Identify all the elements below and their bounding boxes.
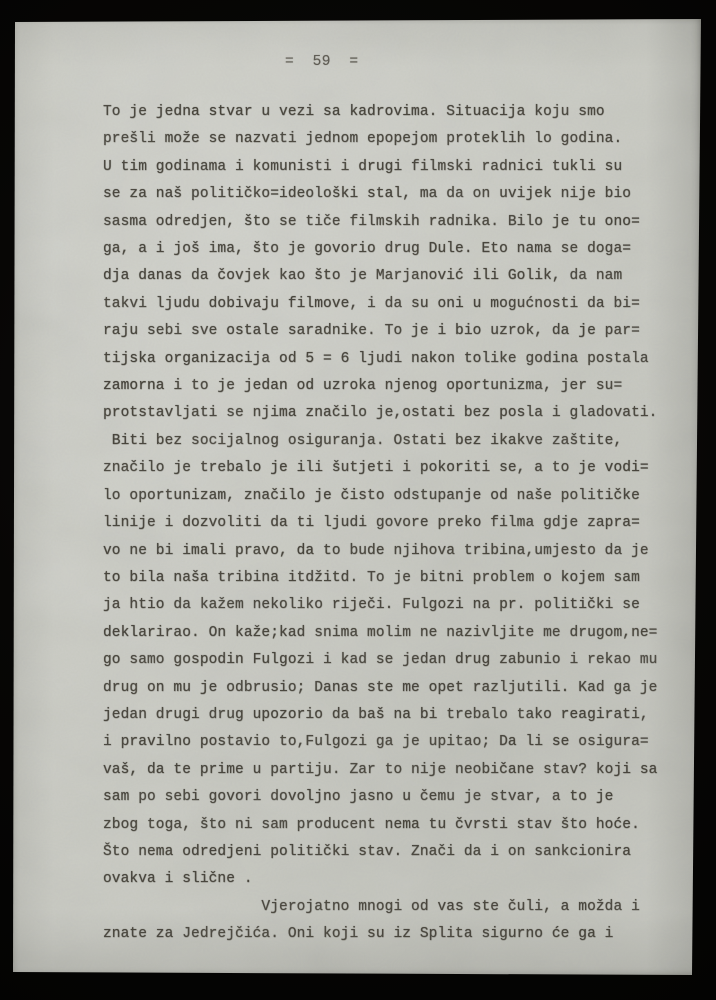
page-number: = 59 = [285,54,359,70]
paper-sheet: = 59 = To je jedna stvar u vezi sa kadro… [13,19,701,976]
typewritten-text: To je jedna stvar u vezi sa kadrovima. S… [103,99,693,949]
scanned-document-photo: = 59 = To je jedna stvar u vezi sa kadro… [0,0,716,1000]
